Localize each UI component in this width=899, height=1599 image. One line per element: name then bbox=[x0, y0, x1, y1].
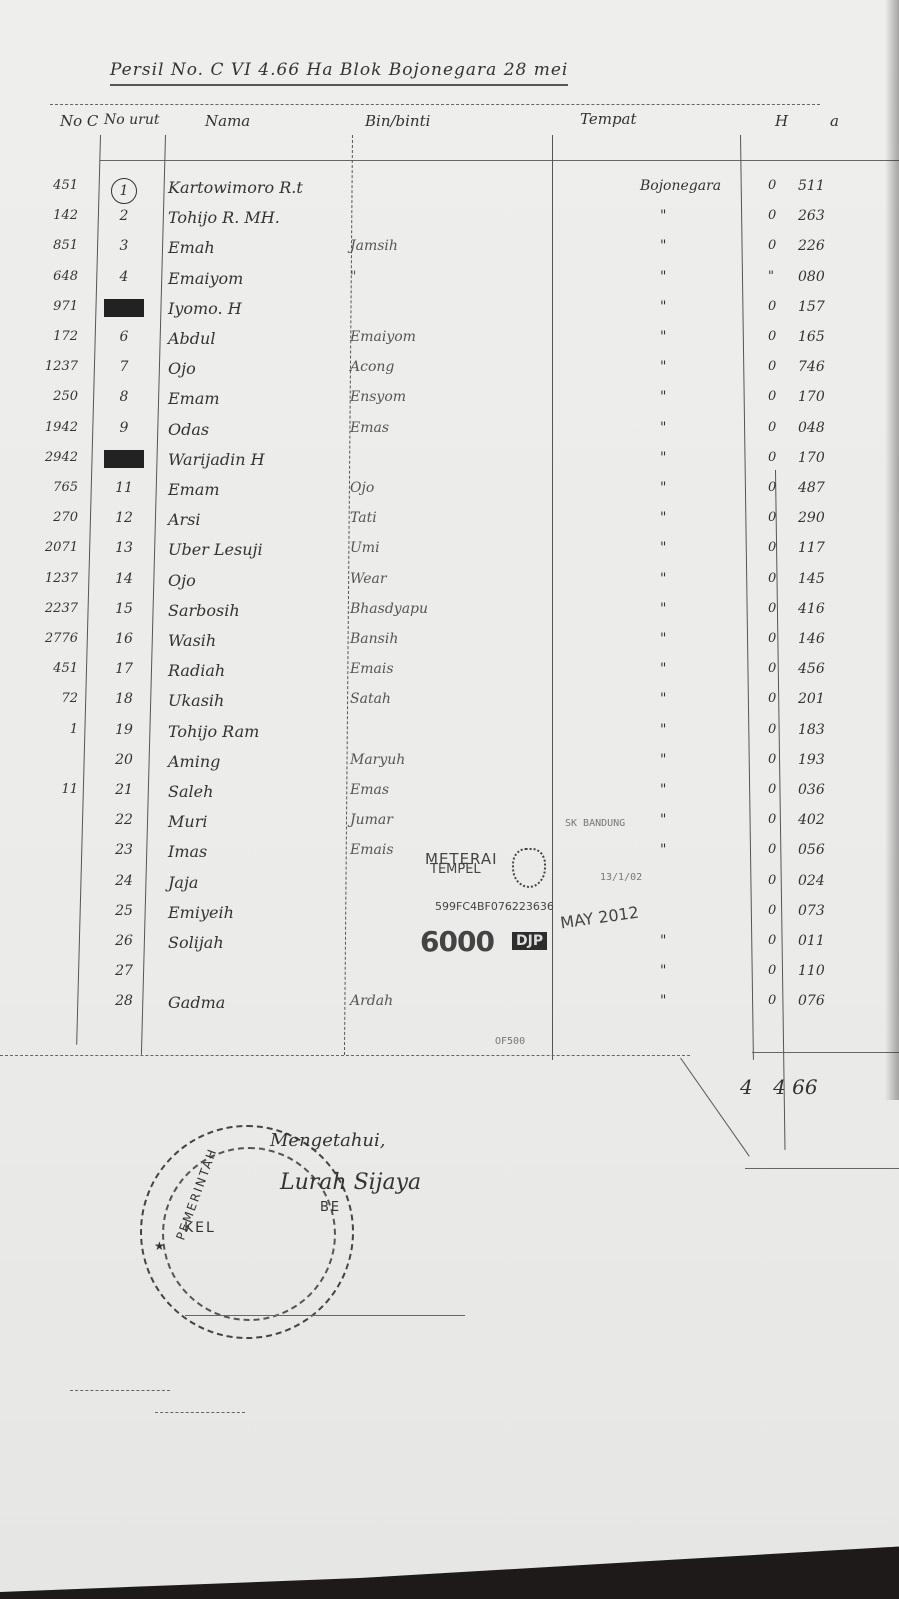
are-cell: 036 bbox=[798, 782, 825, 798]
table-row: 20AmingMaryuh"0193 bbox=[0, 752, 899, 780]
table-row: 1121SalehEmas"0036 bbox=[0, 782, 899, 810]
hectare-cell: 0 bbox=[768, 178, 776, 193]
are-cell: 117 bbox=[798, 540, 825, 556]
col-header-no-c: No C bbox=[60, 112, 98, 130]
no-urut-cell: 13 bbox=[104, 540, 144, 556]
are-cell: 146 bbox=[798, 631, 825, 647]
total-bottom-rule bbox=[745, 1168, 899, 1169]
nama-cell: Emam bbox=[168, 389, 220, 408]
faint-stamp-text-3: OF500 bbox=[495, 1036, 525, 1047]
are-cell: 145 bbox=[798, 571, 825, 587]
footer-dash-2 bbox=[155, 1412, 245, 1413]
tempat-cell: " bbox=[660, 933, 666, 949]
table-row: 22MuriJumar"0402 bbox=[0, 812, 899, 840]
nama-cell: Solijah bbox=[168, 933, 224, 952]
no-urut-cell bbox=[104, 299, 144, 317]
seal-star-icon: ★ bbox=[154, 1239, 167, 1253]
no-c-cell: 851 bbox=[18, 238, 78, 253]
hectare-cell: 0 bbox=[768, 993, 776, 1008]
hectare-cell: 0 bbox=[768, 571, 776, 586]
tempat-cell: " bbox=[660, 722, 666, 738]
table-row: 76511EmamOjo"0487 bbox=[0, 480, 899, 508]
hectare-cell: 0 bbox=[768, 359, 776, 374]
no-urut-cell: 26 bbox=[104, 933, 144, 949]
no-urut-cell: 16 bbox=[104, 631, 144, 647]
are-cell: 193 bbox=[798, 752, 825, 768]
faint-stamp-text-2: 13/1/02 bbox=[600, 872, 642, 883]
table-row: 2508EmamEnsyom"0170 bbox=[0, 389, 899, 417]
tempat-cell: " bbox=[660, 782, 666, 798]
no-urut-cell: 9 bbox=[104, 420, 144, 436]
no-urut-cell: 21 bbox=[104, 782, 144, 798]
nama-cell: Tohijo Ram bbox=[168, 722, 259, 741]
bin-binti-cell: Umi bbox=[350, 540, 380, 556]
tempat-cell: " bbox=[660, 601, 666, 617]
are-cell: 746 bbox=[798, 359, 825, 375]
bin-binti-cell: Maryuh bbox=[350, 752, 405, 768]
total-top-rule bbox=[752, 1052, 899, 1053]
tempat-cell: " bbox=[660, 631, 666, 647]
nama-cell: Odas bbox=[168, 420, 209, 439]
col-header-bin-binti: Bin/binti bbox=[365, 112, 430, 130]
no-urut-cell: 27 bbox=[104, 963, 144, 979]
table-row: 7218UkasihSatah"0201 bbox=[0, 691, 899, 719]
no-c-cell: 11 bbox=[18, 782, 78, 797]
no-c-cell: 1942 bbox=[18, 420, 78, 435]
stamp-denomination: 6000 bbox=[420, 925, 494, 958]
are-cell: 056 bbox=[798, 842, 825, 858]
are-cell: 263 bbox=[798, 208, 825, 224]
tempat-cell: " bbox=[660, 299, 666, 315]
are-cell: 073 bbox=[798, 903, 825, 919]
nama-cell: Aming bbox=[168, 752, 220, 771]
no-c-cell: 971 bbox=[18, 299, 78, 314]
duty-stamp: METERAI TEMPEL 599FC4BF076223636 6000 DJ… bbox=[420, 850, 640, 970]
nama-cell: Uber Lesuji bbox=[168, 540, 263, 559]
signature: Lurah Sijaya bbox=[280, 1170, 421, 1195]
are-cell: 511 bbox=[798, 178, 825, 194]
tempat-cell: " bbox=[660, 329, 666, 345]
tempat-cell: " bbox=[660, 510, 666, 526]
no-urut-cell: 22 bbox=[104, 812, 144, 828]
nama-cell: Arsi bbox=[168, 510, 201, 529]
tempat-cell: " bbox=[660, 842, 666, 858]
hectare-cell: 0 bbox=[768, 812, 776, 827]
no-urut-cell: 11 bbox=[104, 480, 144, 496]
nama-cell: Imas bbox=[168, 842, 207, 861]
no-urut-cell: 6 bbox=[104, 329, 144, 345]
signature-line bbox=[185, 1315, 465, 1316]
tempat-cell: Bojonegara bbox=[640, 178, 721, 194]
no-urut-cell: 20 bbox=[104, 752, 144, 768]
bin-binti-cell: Ardah bbox=[350, 993, 393, 1009]
nama-cell: Warijadin H bbox=[168, 450, 265, 469]
bin-binti-cell: Acong bbox=[350, 359, 394, 375]
hectare-cell: 0 bbox=[768, 752, 776, 767]
table-row: 12377OjoAcong"0746 bbox=[0, 359, 899, 387]
no-urut-cell: 18 bbox=[104, 691, 144, 707]
official-seal: PEMERINTAH KEL ★ bbox=[140, 1125, 354, 1339]
tempat-cell: " bbox=[660, 389, 666, 405]
document-title: Persil No. C VI 4.66 Ha Blok Bojonegara … bbox=[110, 60, 568, 86]
nama-cell: Emah bbox=[168, 238, 215, 257]
are-cell: 226 bbox=[798, 238, 825, 254]
nama-cell: Emaiyom bbox=[168, 269, 243, 288]
no-urut-cell: 28 bbox=[104, 993, 144, 1009]
col-header-h: H bbox=[775, 112, 788, 130]
tempat-cell: " bbox=[660, 571, 666, 587]
header-top-rule bbox=[50, 104, 820, 105]
bin-binti-cell: Emas bbox=[350, 782, 389, 798]
stamp-date: MAY 2012 bbox=[559, 903, 640, 933]
table-row: 119Tohijo Ram"0183 bbox=[0, 722, 899, 750]
hectare-cell: 0 bbox=[768, 329, 776, 344]
table-row: 223715SarbosihBhasdyapu"0416 bbox=[0, 601, 899, 629]
are-cell: 290 bbox=[798, 510, 825, 526]
table-row: 1422Tohijo R. MH."0263 bbox=[0, 208, 899, 236]
nama-cell: Iyomo. H bbox=[168, 299, 242, 318]
redacted-mark bbox=[104, 450, 144, 468]
nama-cell: Tohijo R. MH. bbox=[168, 208, 280, 227]
seal-text-right: BE bbox=[320, 1200, 341, 1215]
circled-number: 1 bbox=[111, 178, 137, 204]
bin-binti-cell: Ensyom bbox=[350, 389, 406, 405]
table-row: 2942Warijadin H"0170 bbox=[0, 450, 899, 478]
hectare-cell: 0 bbox=[768, 420, 776, 435]
no-urut-cell: 14 bbox=[104, 571, 144, 587]
tempat-cell: " bbox=[660, 238, 666, 254]
hectare-cell: 0 bbox=[768, 722, 776, 737]
no-c-cell: 2776 bbox=[18, 631, 78, 646]
col-header-no-urut: No urut bbox=[104, 112, 159, 128]
nama-cell: Ukasih bbox=[168, 691, 224, 710]
no-urut-cell: 7 bbox=[104, 359, 144, 375]
tempat-cell: " bbox=[660, 450, 666, 466]
seal-text-center: KEL bbox=[184, 1220, 216, 1236]
table-row: 45117RadiahEmais"0456 bbox=[0, 661, 899, 689]
table-row: 6484Emaiyom"""080 bbox=[0, 269, 899, 297]
tempat-cell: " bbox=[660, 208, 666, 224]
no-urut-cell: 23 bbox=[104, 842, 144, 858]
hectare-cell: 0 bbox=[768, 661, 776, 676]
bin-binti-cell: Emais bbox=[350, 661, 394, 677]
faint-stamp-text-1: SK BANDUNG bbox=[565, 818, 625, 829]
nama-cell: Kartowimoro R.t bbox=[168, 178, 303, 197]
col-header-a: a bbox=[830, 112, 839, 130]
hectare-cell: 0 bbox=[768, 480, 776, 495]
no-c-cell: 451 bbox=[18, 178, 78, 193]
hectare-cell: 0 bbox=[768, 450, 776, 465]
are-cell: 456 bbox=[798, 661, 825, 677]
nama-cell: Muri bbox=[168, 812, 207, 831]
are-cell: 201 bbox=[798, 691, 825, 707]
hectare-cell: 0 bbox=[768, 510, 776, 525]
no-c-cell: 451 bbox=[18, 661, 78, 676]
garuda-emblem-icon bbox=[512, 848, 546, 888]
col-header-nama: Nama bbox=[205, 112, 250, 130]
bin-binti-cell: Emaiyom bbox=[350, 329, 416, 345]
table-row: 19429OdasEmas"0048 bbox=[0, 420, 899, 448]
nama-cell: Emiyeih bbox=[168, 903, 234, 922]
col-header-tempat: Tempat bbox=[580, 110, 637, 128]
tempat-cell: " bbox=[660, 812, 666, 828]
tempat-cell: " bbox=[660, 269, 666, 285]
hectare-cell: 0 bbox=[768, 963, 776, 978]
bin-binti-cell: Jumar bbox=[350, 812, 393, 828]
no-urut-cell: 3 bbox=[104, 238, 144, 254]
table-row: 28GadmaArdah"0076 bbox=[0, 993, 899, 1021]
are-cell: 076 bbox=[798, 993, 825, 1009]
hectare-cell: 0 bbox=[768, 903, 776, 918]
no-c-cell: 1237 bbox=[18, 571, 78, 586]
hectare-cell: 0 bbox=[768, 933, 776, 948]
bin-binti-cell: Satah bbox=[350, 691, 391, 707]
nama-cell: Ojo bbox=[168, 571, 196, 590]
table-row: 27012ArsiTati"0290 bbox=[0, 510, 899, 538]
hectare-cell: 0 bbox=[768, 299, 776, 314]
no-c-cell: 2237 bbox=[18, 601, 78, 616]
no-urut-cell: 1 bbox=[104, 178, 144, 204]
document-page: Persil No. C VI 4.66 Ha Blok Bojonegara … bbox=[0, 0, 899, 1599]
hectare-cell: 0 bbox=[768, 601, 776, 616]
no-c-cell: 72 bbox=[18, 691, 78, 706]
hectare-cell: 0 bbox=[768, 691, 776, 706]
table-bottom-rule bbox=[0, 1055, 690, 1056]
photo-edge-shadow bbox=[885, 0, 899, 1100]
table-row: 207113Uber LesujiUmi"0117 bbox=[0, 540, 899, 568]
are-cell: 011 bbox=[798, 933, 825, 949]
tempat-cell: " bbox=[660, 420, 666, 436]
are-cell: 165 bbox=[798, 329, 825, 345]
no-urut-cell: 15 bbox=[104, 601, 144, 617]
hectare-cell: " bbox=[768, 269, 774, 284]
no-c-cell: 142 bbox=[18, 208, 78, 223]
bin-binti-cell: Ojo bbox=[350, 480, 374, 496]
total-h: 4 bbox=[740, 1075, 753, 1099]
are-cell: 024 bbox=[798, 873, 825, 889]
no-c-cell: 1237 bbox=[18, 359, 78, 374]
are-cell: 402 bbox=[798, 812, 825, 828]
stamp-issuer: DJP bbox=[512, 932, 547, 950]
are-cell: 110 bbox=[798, 963, 825, 979]
no-urut-cell: 24 bbox=[104, 873, 144, 889]
hectare-cell: 0 bbox=[768, 540, 776, 555]
no-urut-cell: 19 bbox=[104, 722, 144, 738]
bin-binti-cell: Bansih bbox=[350, 631, 398, 647]
no-c-cell: 1 bbox=[18, 722, 78, 737]
no-urut-cell: 25 bbox=[104, 903, 144, 919]
bin-binti-cell: Jamsih bbox=[350, 238, 398, 254]
nama-cell: Ojo bbox=[168, 359, 196, 378]
nama-cell: Jaja bbox=[168, 873, 198, 892]
no-c-cell: 648 bbox=[18, 269, 78, 284]
hectare-cell: 0 bbox=[768, 842, 776, 857]
table-row: 123714OjoWear"0145 bbox=[0, 571, 899, 599]
bin-binti-cell: Bhasdyapu bbox=[350, 601, 428, 617]
bin-binti-cell: Tati bbox=[350, 510, 377, 526]
no-urut-cell bbox=[104, 450, 144, 468]
table-row: 8513EmahJamsih"0226 bbox=[0, 238, 899, 266]
bin-binti-cell: " bbox=[350, 269, 356, 285]
bin-binti-cell: Wear bbox=[350, 571, 387, 587]
tempat-cell: " bbox=[660, 752, 666, 768]
redacted-mark bbox=[104, 299, 144, 317]
hectare-cell: 0 bbox=[768, 389, 776, 404]
are-cell: 157 bbox=[798, 299, 825, 315]
total-diagonal-rule bbox=[680, 1058, 750, 1157]
tempat-cell: " bbox=[660, 963, 666, 979]
tempat-cell: " bbox=[660, 993, 666, 1009]
header-bottom-rule bbox=[100, 160, 899, 161]
no-urut-cell: 8 bbox=[104, 389, 144, 405]
no-urut-cell: 17 bbox=[104, 661, 144, 677]
tempat-cell: " bbox=[660, 480, 666, 496]
nama-cell: Wasih bbox=[168, 631, 216, 650]
no-c-cell: 2942 bbox=[18, 450, 78, 465]
nama-cell: Gadma bbox=[168, 993, 225, 1012]
no-urut-cell: 2 bbox=[104, 208, 144, 224]
hectare-cell: 0 bbox=[768, 208, 776, 223]
table-row: 971Iyomo. H"0157 bbox=[0, 299, 899, 327]
no-c-cell: 765 bbox=[18, 480, 78, 495]
hectare-cell: 0 bbox=[768, 873, 776, 888]
table-row: 1726AbdulEmaiyom"0165 bbox=[0, 329, 899, 357]
bin-binti-cell: Emas bbox=[350, 420, 389, 436]
nama-cell: Saleh bbox=[168, 782, 213, 801]
no-urut-cell: 4 bbox=[104, 269, 144, 285]
tempat-cell: " bbox=[660, 691, 666, 707]
table-row: 4511Kartowimoro R.tBojonegara0511 bbox=[0, 178, 899, 206]
nama-cell: Emam bbox=[168, 480, 220, 499]
tempat-cell: " bbox=[660, 540, 666, 556]
footer-dash-1 bbox=[70, 1390, 170, 1391]
hectare-cell: 0 bbox=[768, 238, 776, 253]
no-c-cell: 250 bbox=[18, 389, 78, 404]
are-cell: 170 bbox=[798, 389, 825, 405]
acknowledged-label: Mengetahui, bbox=[270, 1130, 385, 1151]
are-cell: 080 bbox=[798, 269, 825, 285]
bin-binti-cell: Emais bbox=[350, 842, 394, 858]
nama-cell: Abdul bbox=[168, 329, 215, 348]
total-value: 4 4 66 bbox=[740, 1075, 818, 1099]
hectare-cell: 0 bbox=[768, 782, 776, 797]
are-cell: 183 bbox=[798, 722, 825, 738]
no-c-cell: 2071 bbox=[18, 540, 78, 555]
hectare-cell: 0 bbox=[768, 631, 776, 646]
are-cell: 487 bbox=[798, 480, 825, 496]
no-c-cell: 270 bbox=[18, 510, 78, 525]
are-cell: 416 bbox=[798, 601, 825, 617]
no-c-cell: 172 bbox=[18, 329, 78, 344]
table-row: 277616WasihBansih"0146 bbox=[0, 631, 899, 659]
nama-cell: Radiah bbox=[168, 661, 225, 680]
tempat-cell: " bbox=[660, 359, 666, 375]
stamp-line2: TEMPEL bbox=[430, 862, 481, 877]
nama-cell: Sarbosih bbox=[168, 601, 240, 620]
total-a: 4 66 bbox=[773, 1075, 818, 1099]
tempat-cell: " bbox=[660, 661, 666, 677]
are-cell: 170 bbox=[798, 450, 825, 466]
no-urut-cell: 12 bbox=[104, 510, 144, 526]
stamp-code: 599FC4BF076223636 bbox=[435, 900, 554, 913]
are-cell: 048 bbox=[798, 420, 825, 436]
